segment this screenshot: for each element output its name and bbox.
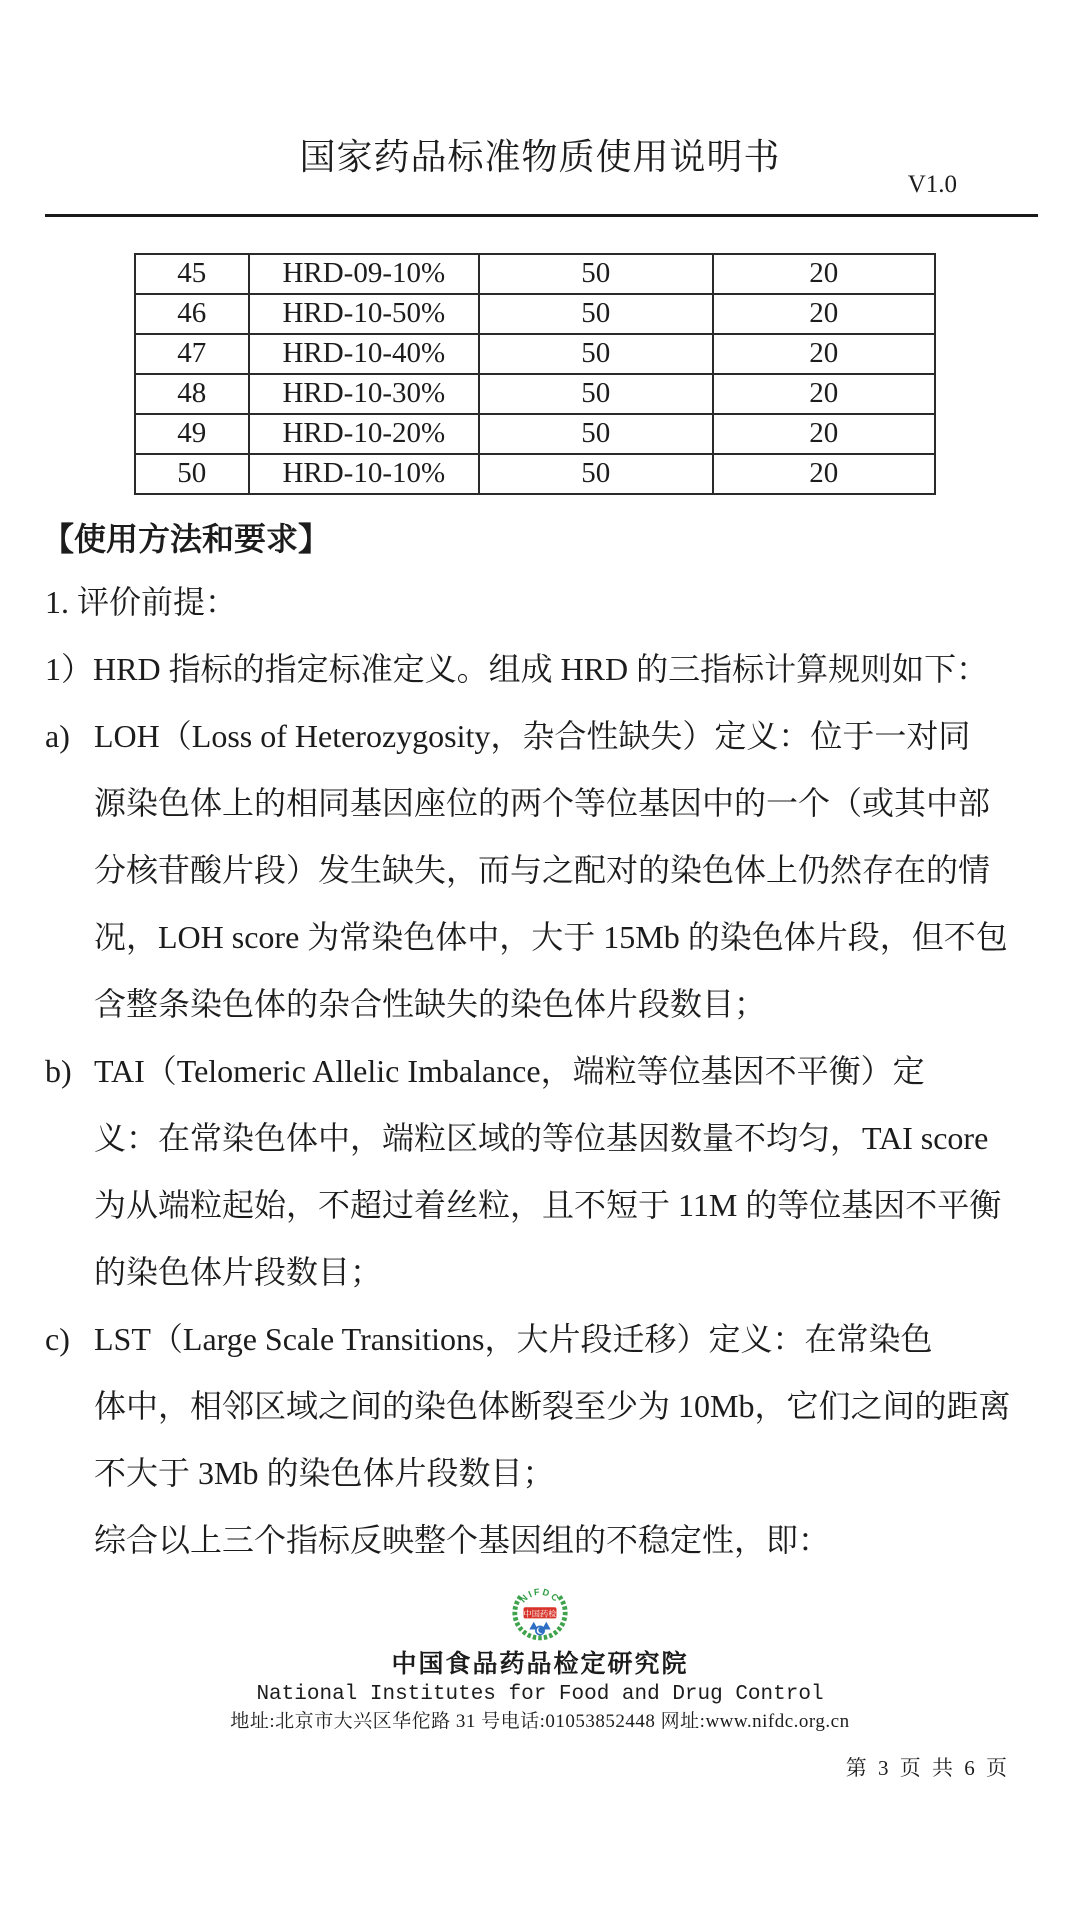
table-row: 50HRD-10-10%5020 — [135, 454, 935, 494]
batch-table: 45HRD-09-10%502046HRD-10-50%502047HRD-10… — [134, 253, 936, 495]
document-page: 国家药品标准物质使用说明书 V1.0 45HRD-09-10%502046HRD… — [0, 0, 1080, 1920]
table-cell: HRD-10-30% — [249, 374, 479, 414]
table-cell: 50 — [479, 414, 713, 454]
header-rule — [45, 214, 1038, 217]
table-cell: 46 — [135, 294, 249, 334]
table-cell: 20 — [713, 374, 935, 414]
logo-balance-icon — [529, 1622, 550, 1636]
org-name-cn: 中国食品药品检定研究院 — [0, 1651, 1080, 1680]
list-marker: a) — [45, 703, 94, 770]
page-title: 国家药品标准物质使用说明书 — [0, 0, 1080, 178]
body-line-text: TAI（Telomeric Allelic Imbalance，端粒等位基因不平… — [94, 1053, 925, 1089]
body-line: 况，LOH score 为常染色体中，大于 15Mb 的染色体片段，但不包 — [45, 904, 1035, 971]
batch-table-body: 45HRD-09-10%502046HRD-10-50%502047HRD-10… — [135, 254, 935, 494]
table-cell: HRD-10-50% — [249, 294, 479, 334]
body-line: 源染色体上的相同基因座位的两个等位基因中的一个（或其中部 — [45, 770, 1035, 837]
table-row: 49HRD-10-20%5020 — [135, 414, 935, 454]
body-line: 不大于 3Mb 的染色体片段数目； — [45, 1440, 1035, 1507]
logo-banner-text: 中国药检 — [524, 1608, 558, 1618]
table-cell: 50 — [479, 454, 713, 494]
table-row: 48HRD-10-30%5020 — [135, 374, 935, 414]
body-line: 综合以上三个指标反映整个基因组的不稳定性，即： — [45, 1507, 1035, 1574]
logo-nifdc-text: NIFDC — [518, 1587, 562, 1605]
body-line-text: LST（Large Scale Transitions，大片段迁移）定义：在常染… — [94, 1321, 933, 1357]
table-cell: 49 — [135, 414, 249, 454]
table-cell: HRD-10-20% — [249, 414, 479, 454]
table-cell: 20 — [713, 454, 935, 494]
svg-text:NIFDC: NIFDC — [518, 1587, 562, 1605]
body-line: 1. 评价前提： — [45, 569, 1035, 636]
table-cell: 47 — [135, 334, 249, 374]
body-line-text: LOH（Loss of Heterozygosity，杂合性缺失）定义：位于一对… — [94, 718, 970, 754]
org-address: 地址:北京市大兴区华佗路 31 号电话:01053852448 网址:www.n… — [0, 1711, 1080, 1734]
body-line-text: 况，LOH score 为常染色体中，大于 15Mb 的染色体片段，但不包 — [94, 919, 1008, 955]
table-cell: 20 — [713, 414, 935, 454]
body-line-text: 的染色体片段数目； — [94, 1254, 382, 1290]
table-cell: HRD-10-10% — [249, 454, 479, 494]
table-cell: 48 — [135, 374, 249, 414]
table-row: 47HRD-10-40%5020 — [135, 334, 935, 374]
body-line-text: 综合以上三个指标反映整个基因组的不稳定性，即： — [94, 1522, 830, 1558]
table-cell: HRD-10-40% — [249, 334, 479, 374]
body-line: 的染色体片段数目； — [45, 1239, 1035, 1306]
body-line-text: 分核苷酸片段）发生缺失，而与之配对的染色体上仍然存在的情 — [94, 852, 990, 888]
body-line-text: 1. 评价前提： — [45, 584, 237, 620]
page-number: 第 3 页 共 6 页 — [846, 1752, 1010, 1782]
body-line: 体中，相邻区域之间的染色体断裂至少为 10Mb，它们之间的距离 — [45, 1373, 1035, 1440]
body-text: 1. 评价前提：1）HRD 指标的指定标准定义。组成 HRD 的三指标计算规则如… — [45, 569, 1035, 1574]
table-cell: 50 — [479, 374, 713, 414]
section-heading: 【使用方法和要求】 — [42, 509, 1080, 569]
body-line: 1）HRD 指标的指定标准定义。组成 HRD 的三指标计算规则如下： — [45, 636, 1035, 703]
org-name-en: National Institutes for Food and Drug Co… — [0, 1683, 1080, 1707]
table-cell: 20 — [713, 334, 935, 374]
table-cell: 50 — [135, 454, 249, 494]
table-cell: 20 — [713, 254, 935, 294]
body-line: b)TAI（Telomeric Allelic Imbalance，端粒等位基因… — [45, 1038, 1035, 1105]
table-cell: 50 — [479, 294, 713, 334]
body-line-text: 义：在常染色体中，端粒区域的等位基因数量不均匀，TAI score — [94, 1120, 988, 1156]
list-marker: b) — [45, 1038, 94, 1105]
body-line-text: 1）HRD 指标的指定标准定义。组成 HRD 的三指标计算规则如下： — [45, 651, 988, 687]
table-cell: 45 — [135, 254, 249, 294]
body-line-text: 源染色体上的相同基因座位的两个等位基因中的一个（或其中部 — [94, 785, 990, 821]
body-line: 为从端粒起始，不超过着丝粒，且不短于 11M 的等位基因不平衡 — [45, 1172, 1035, 1239]
body-line: 分核苷酸片段）发生缺失，而与之配对的染色体上仍然存在的情 — [45, 837, 1035, 904]
version-label: V1.0 — [908, 172, 957, 197]
body-line: a)LOH（Loss of Heterozygosity，杂合性缺失）定义：位于… — [45, 703, 1035, 770]
table-cell: 50 — [479, 334, 713, 374]
table-cell: 50 — [479, 254, 713, 294]
body-line-text: 为从端粒起始，不超过着丝粒，且不短于 11M 的等位基因不平衡 — [94, 1187, 1001, 1223]
table-cell: 20 — [713, 294, 935, 334]
body-line: 义：在常染色体中，端粒区域的等位基因数量不均匀，TAI score — [45, 1105, 1035, 1172]
body-line: 含整条染色体的杂合性缺失的染色体片段数目； — [45, 971, 1035, 1038]
body-line-text: 含整条染色体的杂合性缺失的染色体片段数目； — [94, 986, 766, 1022]
body-line-text: 不大于 3Mb 的染色体片段数目； — [94, 1455, 554, 1491]
table-row: 45HRD-09-10%5020 — [135, 254, 935, 294]
table-row: 46HRD-10-50%5020 — [135, 294, 935, 334]
list-marker: c) — [45, 1306, 94, 1373]
body-line-text: 体中，相邻区域之间的染色体断裂至少为 10Mb，它们之间的距离 — [94, 1388, 1010, 1424]
table-cell: HRD-09-10% — [249, 254, 479, 294]
body-line: c)LST（Large Scale Transitions，大片段迁移）定义：在… — [45, 1306, 1035, 1373]
footer: NIFDC 中国药检 中国食品药品检定研究院 National Institut… — [0, 1584, 1080, 1734]
nifdc-logo: NIFDC 中国药检 — [0, 1584, 1080, 1648]
